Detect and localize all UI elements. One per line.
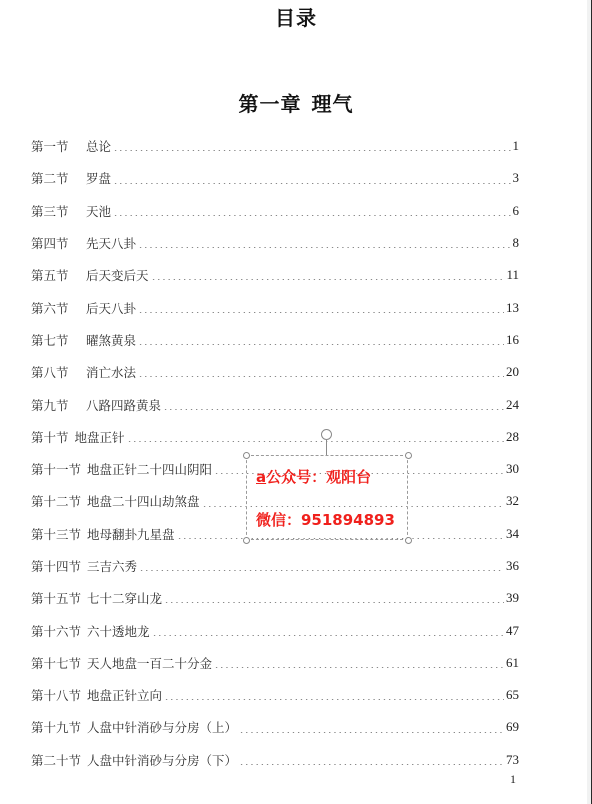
toc-page-number: 61 [506,655,519,671]
toc-entry[interactable]: 第六节后天八卦13 [31,291,519,323]
rotation-handle-stem [326,440,327,455]
toc-section-title: 总论 [86,137,111,155]
dot-leader [138,312,504,313]
toc-section-number: 第十节 [31,428,69,446]
toc-section-title: 罗盘 [86,169,111,187]
toc-section-title: 地盘正针二十四山阴阳 [87,460,212,478]
toc-section-title: 地母翻卦九星盘 [87,525,175,543]
toc-section-number: 第十三节 [31,525,81,543]
toc-entry[interactable]: 第一节总论1 [31,130,519,162]
toc-section-number: 第十八节 [31,686,81,704]
toc-list: 第一节总论1第二节罗盘3第三节天池6第四节先天八卦8第五节后天变后天11第六节后… [31,130,519,776]
toc-page-number: 8 [513,235,520,251]
toc-section-number: 第二十节 [31,751,81,769]
toc-page-number: 69 [506,719,519,735]
toc-entry[interactable]: 第三节天池6 [31,195,519,227]
toc-page-number: 24 [506,397,519,413]
toc-section-title: 人盘中针消砂与分房（下） [87,751,237,769]
toc-entry[interactable]: 第九节八路四路黄泉24 [31,388,519,420]
toc-section-number: 第十六节 [31,622,81,640]
toc-page-number: 13 [506,300,519,316]
toc-section-title: 六十透地龙 [87,622,150,640]
chapter-number: 第一章 [239,92,302,116]
toc-entry[interactable]: 第十八节地盘正针立向65 [31,679,519,711]
toc-page-number: 73 [506,752,519,768]
toc-section-title: 三吉六秀 [87,557,137,575]
toc-section-number: 第十五节 [31,589,81,607]
toc-section-number: 第六节 [31,299,86,317]
toc-entry[interactable]: 第七节曜煞黄泉16 [31,324,519,356]
toc-entry[interactable]: 第二十节人盘中针消砂与分房（下）73 [31,744,519,776]
toc-section-title: 人盘中针消砂与分房（上） [87,718,237,736]
toc-section-title: 消亡水法 [86,363,136,381]
dot-leader [113,183,510,184]
toc-section-number: 第十四节 [31,557,81,575]
resize-handle-top-right[interactable] [405,452,412,459]
toc-section-title: 天人地盘一百二十分金 [87,654,212,672]
toc-section-number: 第十二节 [31,492,81,510]
toc-section-number: 第二节 [31,169,86,187]
toc-section-title: 先天八卦 [86,234,136,252]
toc-section-number: 第三节 [31,202,86,220]
toc-section-number: 第五节 [31,266,86,284]
toc-page-number: 16 [506,332,519,348]
toc-section-title: 七十二穿山龙 [87,589,162,607]
page-number: 1 [510,772,516,787]
chapter-name: 理气 [312,92,354,116]
watermark-line-account: a公众号：观阳台 [256,466,371,487]
toc-section-title: 地盘正针 [75,428,125,446]
toc-section-title: 后天变后天 [86,266,149,284]
dot-leader [214,667,504,668]
toc-page-number: 3 [513,170,520,186]
toc-section-title: 天池 [86,202,111,220]
toc-page-number: 36 [506,558,519,574]
dot-leader [163,409,504,410]
toc-entry[interactable]: 第四节先天八卦8 [31,227,519,259]
dot-leader [139,570,504,571]
toc-section-title: 地盘正针立向 [87,686,162,704]
rotation-handle[interactable] [321,429,332,440]
dot-leader [138,344,504,345]
toc-page-number: 32 [506,493,519,509]
resize-handle-top-left[interactable] [243,452,250,459]
toc-section-number: 第七节 [31,331,86,349]
toc-entry[interactable]: 第十九节人盘中针消砂与分房（上）69 [31,711,519,743]
resize-handle-bottom-right[interactable] [405,537,412,544]
toc-page-number: 11 [506,267,519,283]
toc-page-number: 34 [506,526,519,542]
chapter-heading: 第一章理气 [0,88,592,117]
toc-section-number: 第十一节 [31,460,81,478]
dot-leader [138,376,504,377]
dot-leader [239,732,504,733]
toc-section-title: 后天八卦 [86,299,136,317]
dot-leader [239,764,504,765]
toc-entry[interactable]: 第五节后天变后天11 [31,259,519,291]
toc-page-number: 6 [513,203,520,219]
dot-leader [113,150,510,151]
toc-page-number: 20 [506,364,519,380]
toc-section-number: 第九节 [31,396,86,414]
dot-leader [113,215,510,216]
toc-section-number: 第八节 [31,363,86,381]
toc-section-number: 第一节 [31,137,86,155]
toc-page-number: 28 [506,429,519,445]
toc-entry[interactable]: 第十四节三吉六秀36 [31,550,519,582]
toc-entry[interactable]: 第十六节六十透地龙47 [31,614,519,646]
toc-entry[interactable]: 第十五节七十二穿山龙39 [31,582,519,614]
dot-leader [127,441,504,442]
toc-page-number: 39 [506,590,519,606]
toc-section-title: 地盘二十四山劫煞盘 [87,492,200,510]
toc-entry[interactable]: 第十节地盘正针28 [31,421,519,453]
toc-section-title: 八路四路黄泉 [86,396,161,414]
toc-entry[interactable]: 第十七节天人地盘一百二十分金61 [31,647,519,679]
toc-heading: 目录 [0,2,592,31]
watermark-account-text: 公众号：观阳台 [266,468,371,486]
dot-leader [138,247,510,248]
dot-leader [152,635,504,636]
toc-page-number: 65 [506,687,519,703]
dot-leader [164,602,504,603]
toc-entry[interactable]: 第八节消亡水法20 [31,356,519,388]
toc-section-number: 第四节 [31,234,86,252]
toc-section-number: 第十九节 [31,718,81,736]
watermark-prefix: a [256,468,266,486]
toc-page-number: 47 [506,623,519,639]
watermark-line-wechat: 微信：951894893 [256,509,395,530]
toc-page-number: 1 [513,138,520,154]
dot-leader [151,279,505,280]
toc-section-number: 第十七节 [31,654,81,672]
toc-page-number: 30 [506,461,519,477]
dot-leader [164,699,504,700]
toc-section-title: 曜煞黄泉 [86,331,136,349]
toc-entry[interactable]: 第二节罗盘3 [31,162,519,194]
resize-handle-bottom-left[interactable] [243,537,250,544]
